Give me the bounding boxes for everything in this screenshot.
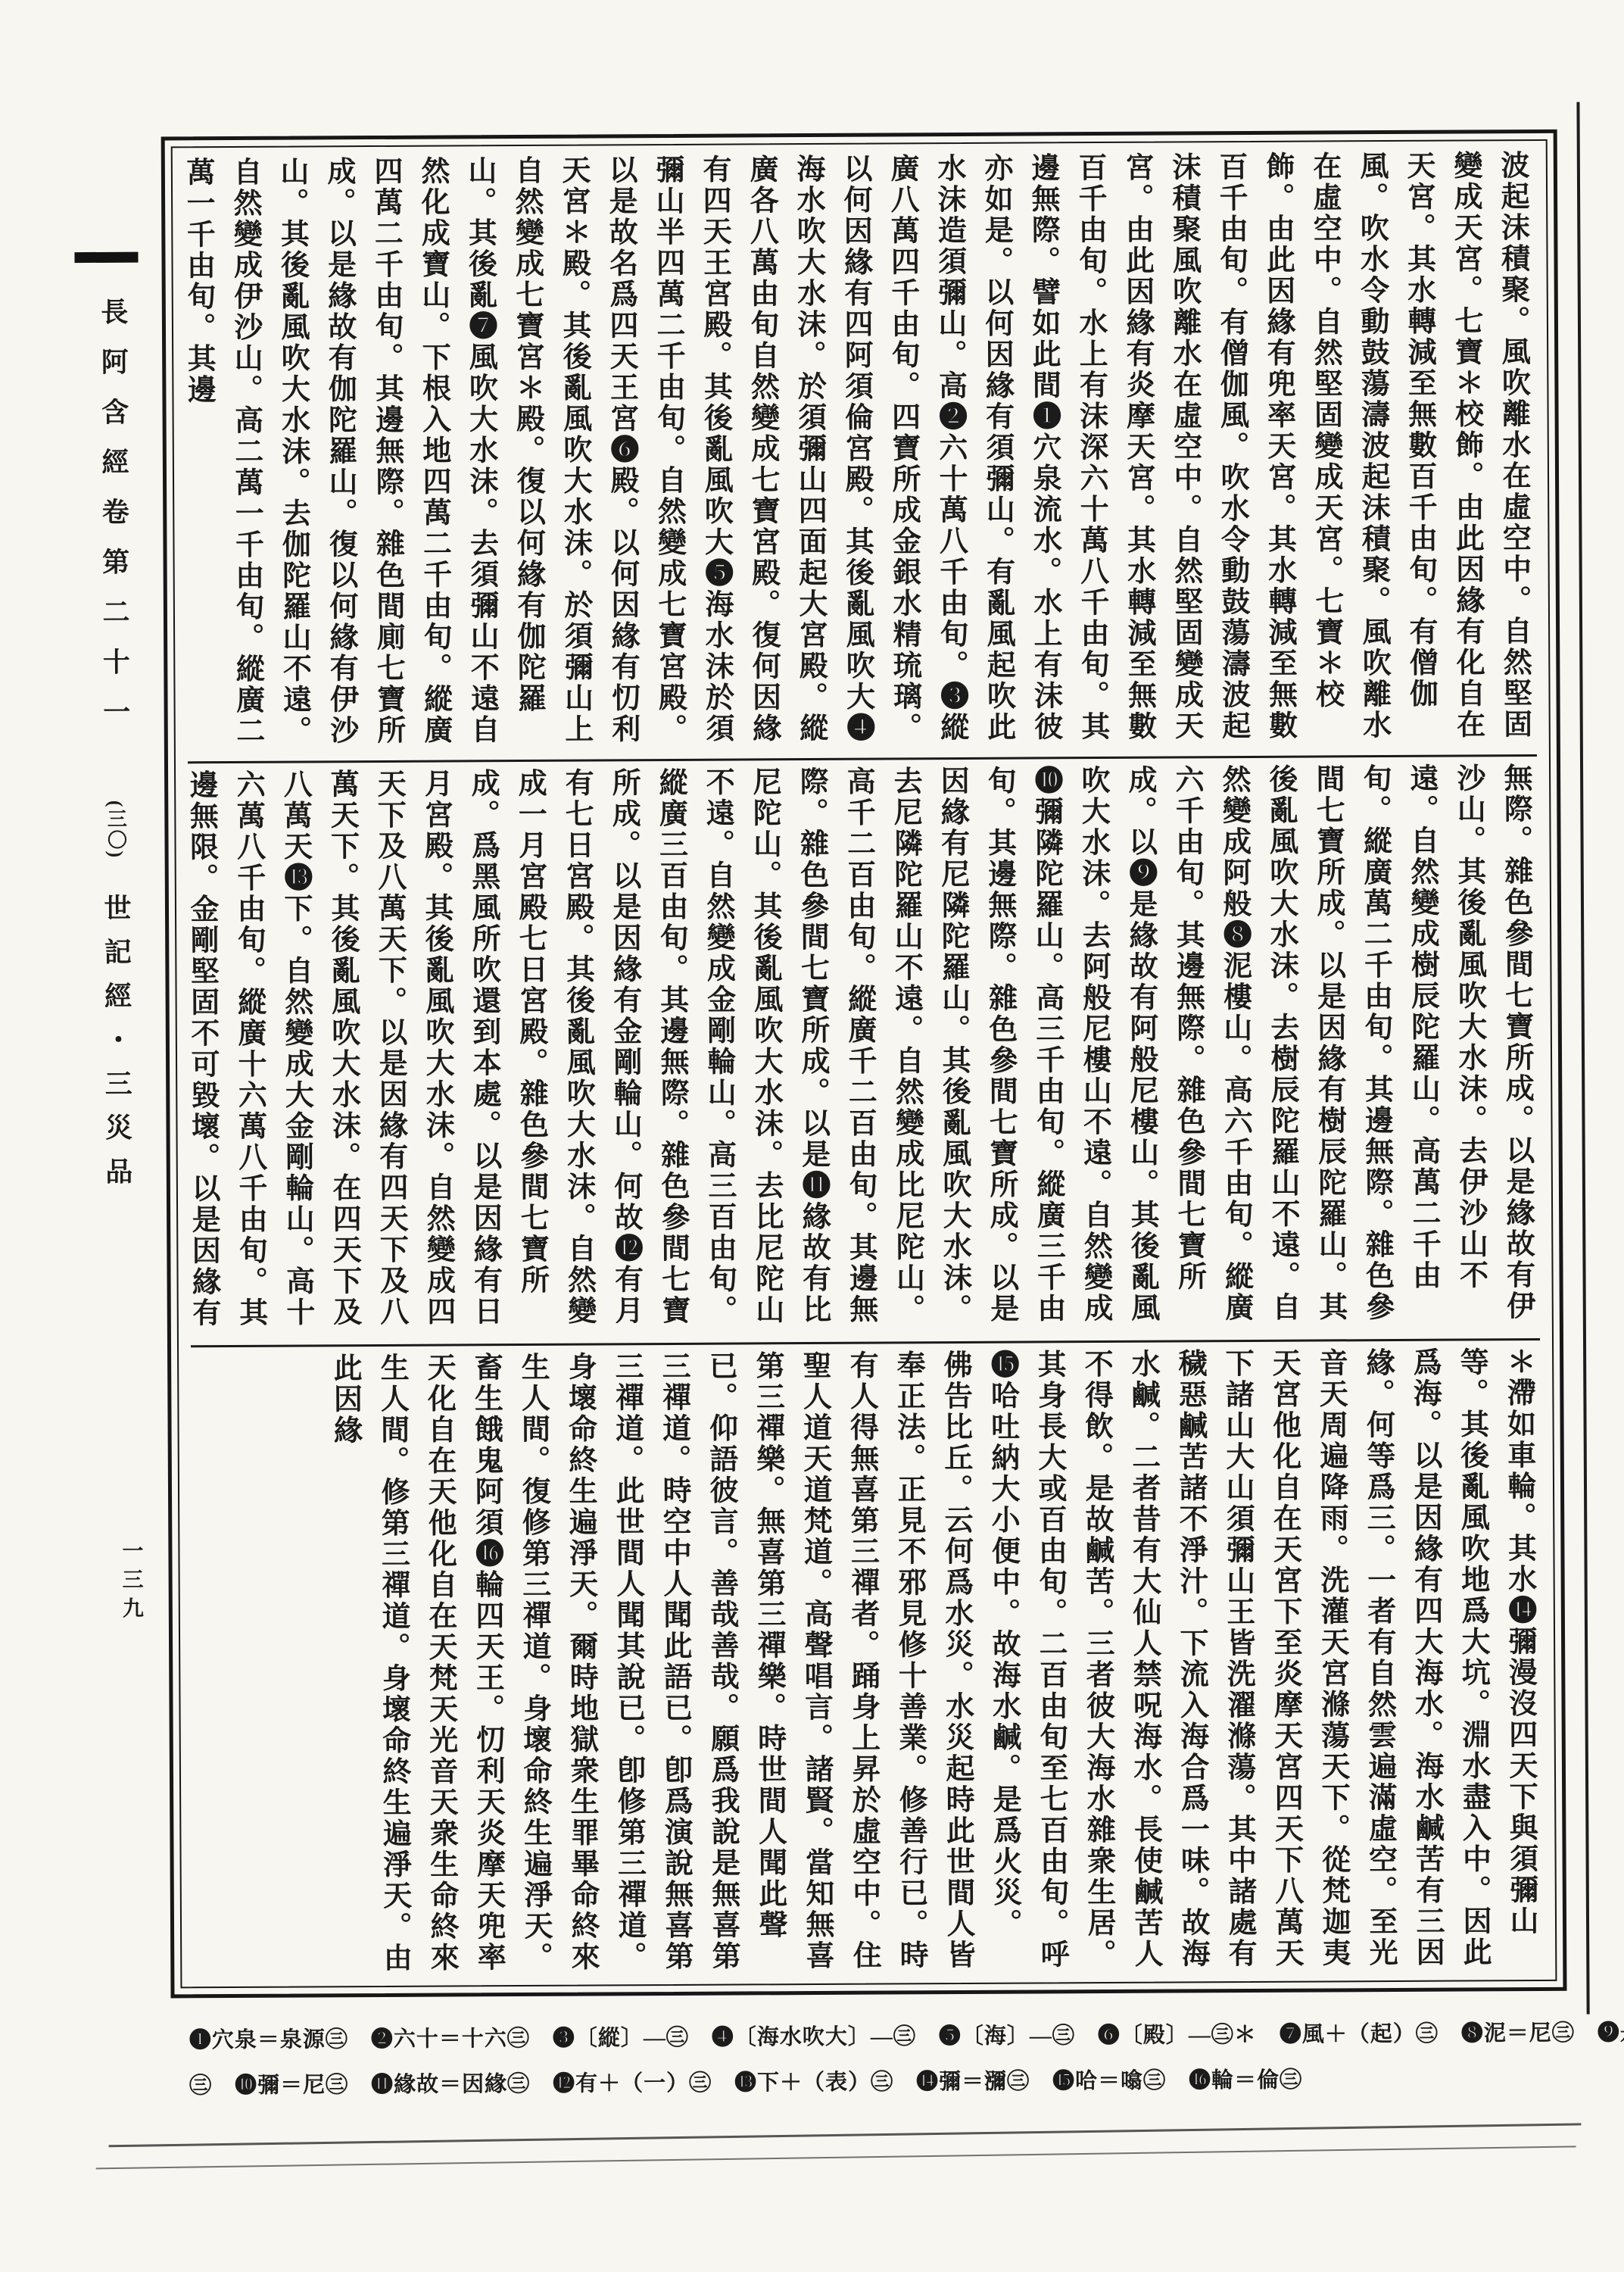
band-divider [188,754,1537,763]
page-edge-rule [1576,102,1589,2015]
page-number: 一三九 [115,1540,146,1626]
band2-paragraph: 無際。雜色參間七寶所成。以是緣故有伊沙山。其後亂風吹大水沫。去伊沙山不遠。自然變… [186,763,1541,1339]
sutra-title: 長阿含經卷第二十一 [98,298,130,747]
section-title: 世記經・三災品 [101,894,132,1201]
text-bands-container: 波起沫積聚。風吹離水在虛空中。自然堅固變成天宮。七寶＊校飾。由此因緣有化自在天宮… [183,150,1545,1977]
scan-artifact-line [96,2146,1576,2169]
text-band-3: ＊滯如車輪。其水⓮彌漫沒四天下與須彌山等。其後亂風吹地爲大坑。淵水盡入中。因此爲… [189,1347,1545,1977]
scanned-page: 長阿含經卷第二十一(三〇)世記經・三災品 一三九 波起沫積聚。風吹離水在虛空中。… [0,0,1624,2272]
band-divider [191,1338,1540,1347]
footnote-row-2: ㊂ ❿彌＝尼㊂ ⓫緣故＝因緣㊂ ⓬有＋（一）㊂ ⓭下＋（表）㊂ ⓮彌＝瀰㊂ ⓯哈… [189,2056,1552,2108]
text-band-2: 無際。雜色參間七寶所成。以是緣故有伊沙山。其後亂風吹大水沫。去伊沙山不遠。自然變… [186,763,1541,1339]
sutra-number: (三〇) [104,801,126,859]
band3-paragraph-water-calamity: 佛告比丘。云何爲水災。水災起時此世間人皆奉正法。正見不邪見修十善業。修善行已。時… [321,1350,981,1977]
band1-paragraph: 波起沫積聚。風吹離水在虛空中。自然堅固變成天宮。七寶＊校飾。由此因緣有化自在天宮… [183,150,1538,755]
band3-paragraph-fire-calamity-end: ＊滯如車輪。其水⓮彌漫沒四天下與須彌山等。其後亂風吹地爲大坑。淵水盡入中。因此爲… [978,1347,1545,1974]
text-band-1: 波起沫積聚。風吹離水在虛空中。自然堅固變成天宮。七寶＊校飾。由此因緣有化自在天宮… [183,150,1538,755]
margin-title-column: 長阿含經卷第二十一(三〇)世記經・三災品 [94,298,138,1305]
text-frame-inner-border: 波起沫積聚。風吹離水在虛空中。自然堅固變成天宮。七寶＊校飾。由此因緣有化自在天宮… [171,139,1557,1988]
footnote-apparatus: ❶穴泉＝泉源㊂ ❷六十＝十六㊂ ❸〔縱〕―㊂ ❹〔海水吹大〕―㊂ ❺〔海〕―㊂ … [189,2011,1553,2108]
footnote-row-1: ❶穴泉＝泉源㊂ ❷六十＝十六㊂ ❸〔縱〕―㊂ ❹〔海水吹大〕―㊂ ❺〔海〕―㊂ … [189,2011,1552,2063]
margin-index-mark [74,252,138,263]
scan-artifact-line [109,2123,1582,2147]
text-frame: 波起沫積聚。風吹離水在虛空中。自然堅固變成天宮。七寶＊校飾。由此因緣有化自在天宮… [161,130,1567,1999]
